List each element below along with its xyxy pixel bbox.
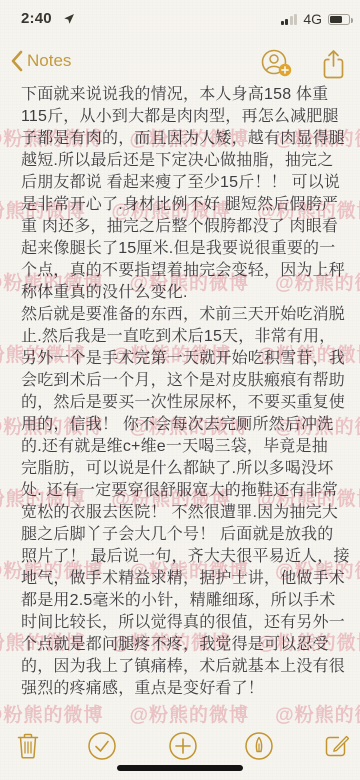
watermark-text: @粉熊的微博 [130,700,250,727]
note-text-line: 后朋友都说 看起来瘦了至少15斤！！ 可以说 [21,172,350,194]
share-icon[interactable] [321,49,346,80]
note-text-line: 子都是有肉的，而且因为人矮，越有肉显得腿 [21,128,350,150]
note-text-line: 照片了！ 最后说一句，齐大夫很平易近人，接 [21,546,350,568]
trash-icon[interactable] [12,730,44,762]
note-text-line: 强烈的疼痛感，重点是变好看了！ [21,678,350,700]
note-text-line: 是非常开心了.身材比例不好 腿短然后假胯严 [21,194,350,216]
back-button[interactable]: Notes [10,50,71,72]
note-text-line: 地气，做手术精益求精，据护士讲，他做手术 [21,568,350,590]
bottom-toolbar [0,730,360,762]
note-content[interactable]: 下面就来说说我的情况，本人身高158 体重115斤，从小到大都是肉肉型，再怎么减… [21,84,350,700]
network-type-label: 4G [303,11,322,27]
note-text-line: 然后就是要准备的东西，术前三天开始吃消脱 [21,304,350,326]
note-text-line: 的，因为我上了镇痛棒，术后就基本上没有很 [21,656,350,678]
back-chevron-icon [10,50,23,72]
note-text-line: 都是用2.5毫米的小针，精雕细琢，所以手术 [21,590,350,612]
location-arrow-icon [63,13,75,25]
battery-icon [328,14,350,25]
status-bar: 2:40 4G [0,8,360,30]
watermark-row: @粉熊的微博@粉熊的微博@粉熊的微博 [0,700,360,727]
checklist-icon[interactable] [86,730,118,762]
note-text-line: 用的，信我！ 你不会每次去完厕所然后冲洗 [21,414,350,436]
add-circle-icon[interactable] [167,730,199,762]
note-text-line: 称体重真的没什么变化. [21,282,350,304]
note-text-line: 时间比较长，所以觉得真的很值，还有另外一 [21,612,350,634]
compose-icon[interactable] [321,730,353,762]
note-text-line: 下面就来说说我的情况，本人身高158 体重 [21,84,350,106]
watermark-text: @粉熊的微博 [0,700,104,727]
note-text-line: 的，然后是要买一次性尿尿杯，不要买重复使 [21,392,350,414]
note-text-line: 的.还有就是维c+维e一天喝三袋，毕竟是抽 [21,436,350,458]
note-text-line: 另外一个是手术完第一天就开始吃积雪苷，我 [21,348,350,370]
note-text-line: 重 肉还多，抽完之后整个假胯都没了 肉眼看 [21,216,350,238]
note-text-line: 越短.所以最后还是下定决心做抽脂，抽完之 [21,150,350,172]
note-text-line: 起来像腿长了15厘米.但是我要说很重要的一 [21,238,350,260]
note-text-line: 会吃到术后一个月，这个是对皮肤瘢痕有帮助 [21,370,350,392]
note-text-line: 115斤，从小到大都是肉肉型，再怎么减肥腿 [21,106,350,128]
signal-strength-icon [281,14,298,25]
note-text-line: 宽松的衣服去医院！ 不然很遭罪.因为抽完大 [21,502,350,524]
note-text-line: 完脂肪，可以说是什么都缺了.所以多喝没坏 [21,458,350,480]
note-text-line: 处. 还有一定要穿很舒服宽大的拖鞋还有非常 [21,480,350,502]
note-text-line: 止.然后我是一直吃到术后15天，非常有用， [21,326,350,348]
notes-app-screen: 2:40 4G Notes [0,0,360,780]
watermark-text: @粉熊的微博 [275,700,360,727]
back-button-label: Notes [27,51,71,71]
status-time: 2:40 [21,10,52,27]
note-text-line: 个点就是都问腿疼不疼，我觉得是可以忍受 [21,634,350,656]
nav-bar: Notes [0,46,360,82]
add-collaborator-icon[interactable] [259,48,295,80]
note-text-line: 个点，真的不要指望着抽完会变轻，因为上秤 [21,260,350,282]
note-text-line: 腿之后脚丫子会大几个号！ 后面就是放我的 [21,524,350,546]
home-indicator[interactable] [117,765,243,771]
markup-pen-icon[interactable] [243,730,275,762]
